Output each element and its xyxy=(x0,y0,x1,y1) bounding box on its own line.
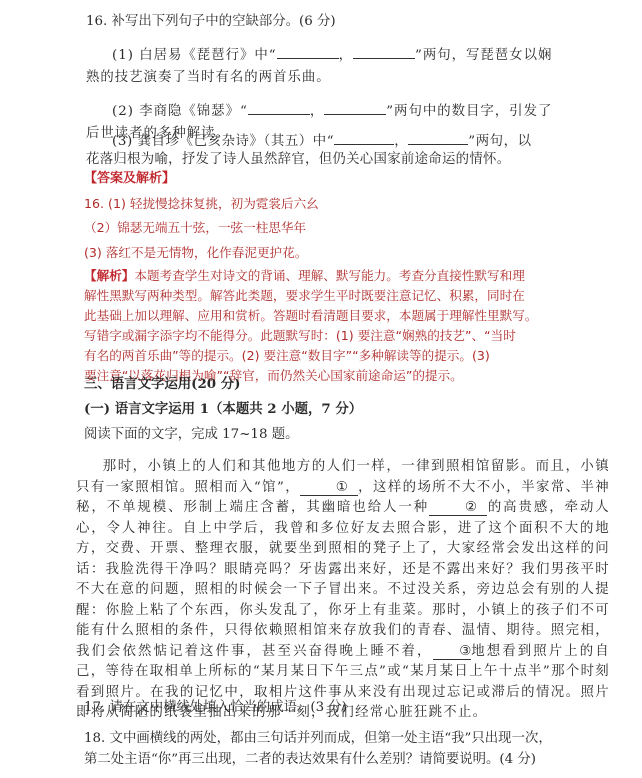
q17-text: 17. 请在文中横线处填入恰当的成语。(3 分) xyxy=(84,700,347,716)
reading-passage: 那时，小镇上的人们和其他地方的人们一样，一律到照相馆留影。而且，小镇只有一家照相… xyxy=(76,457,610,724)
q16-item1-line2: 熟的技艺演奏了当时有名的两首乐曲。 xyxy=(86,70,331,86)
q16-item1-suffix: ”两句，写琵琶女以娴 xyxy=(415,48,552,63)
q18-line-1: 18. 文中画横线的两处，都由三句话并列而成，但第一处主语“我”只出现一次， xyxy=(84,731,552,747)
passage-blank-2: ② xyxy=(429,501,487,516)
q16-item2-line1: (2) 李商隐《锦瑟》“，”两句中的数目字，引发了 xyxy=(112,102,552,120)
analysis-line-4: 写错字或漏字添字均不能得分。此题默写时：(1) 要注意“娴熟的技艺”、“当时 xyxy=(84,328,516,344)
q16-blank-2b xyxy=(324,102,386,115)
answer-1: 16. (1) 轻拢慢捻抹复挑，初为霓裳后六幺 xyxy=(84,196,319,212)
analysis-text-1: 本题考查学生对诗文的背诵、理解、默写能力。考查分直接性默写和理 xyxy=(134,268,524,283)
answer-3: (3) 落红不是无情物，化作春泥更护花。 xyxy=(84,245,307,261)
analysis-line-5: 有名的两首乐曲”等的提示。(2) 要注意“数目字”“多种解读等的提示。(3) xyxy=(84,348,490,364)
q18-line-2: 第二处主语“你”再三出现，二者的表达效果有什么差别？请简要说明。(4 分) xyxy=(84,752,536,768)
answer-header: 【答案及解析】 xyxy=(84,171,175,187)
passage-blank-1: ① xyxy=(300,481,358,496)
q16-item3-prefix: (3) 龚自珍《己亥杂诗》（其五）中“ xyxy=(112,134,334,149)
section3-title: 三、语言文字运用(20 分) xyxy=(84,376,240,392)
analysis-tag: 【解析】 xyxy=(84,268,134,283)
passage-text-3: 的高贵感，牵动人心，令人神往。自上中学后，我曾和多位好友去照合影，进了这个面积不… xyxy=(76,500,610,659)
q16-blank-3a xyxy=(334,132,394,145)
q16-blank-1a xyxy=(277,46,339,59)
q16-blank-1b xyxy=(353,46,415,59)
answer-2: （2）锦瑟无端五十弦，一弦一柱思华年 xyxy=(84,220,306,236)
q16-item3-line2: 花落归根为喻，抒发了诗人虽然辞官，但仍关心国家前途命运的情怀。 xyxy=(86,152,510,168)
q16-item3-suffix: ”两句，以 xyxy=(468,134,531,149)
section3-instruction: 阅读下面的文字，完成 17~18 题。 xyxy=(84,427,299,443)
analysis-line-3: 此基础上加以理解、应用和赏析。答题时看清题目要求，本题属于理解性里默写。 xyxy=(84,308,537,324)
q16-item2-comma: ， xyxy=(310,104,324,119)
q16-item1-line1: (1) 白居易《琵琶行》中“，”两句，写琵琶女以娴 xyxy=(112,46,552,64)
analysis-line-1: 【解析】本题考查学生对诗文的背诵、理解、默写能力。考查分直接性默写和理 xyxy=(84,268,525,284)
analysis-line-2: 解性黑默写两种类型。解答此类题，要求学生平时既要注意记忆、积累，同时在 xyxy=(84,288,525,304)
passage-blank-3: ③ xyxy=(433,645,471,660)
q16-blank-2a xyxy=(248,102,310,115)
section3-subtitle: (一) 语言文字运用 1（本题共 2 小题，7 分） xyxy=(84,401,362,417)
q16-blank-3b xyxy=(408,132,468,145)
q16-item2-prefix: (2) 李商隐《锦瑟》“ xyxy=(112,104,248,119)
q16-item3-line1: (3) 龚自珍《己亥杂诗》（其五）中“，”两句，以 xyxy=(112,132,532,150)
q16-item1-comma: ， xyxy=(339,48,353,63)
q16-item1-prefix: (1) 白居易《琵琶行》中“ xyxy=(112,48,277,63)
q16-title: 16. 补写出下列句子中的空缺部分。(6 分) xyxy=(86,14,336,30)
passage-paragraph: 那时，小镇上的人们和其他地方的人们一样，一律到照相馆留影。而且，小镇只有一家照相… xyxy=(76,457,610,724)
q16-item2-suffix: ”两句中的数目字，引发了 xyxy=(386,104,552,119)
q16-item3-comma: ， xyxy=(394,134,408,149)
